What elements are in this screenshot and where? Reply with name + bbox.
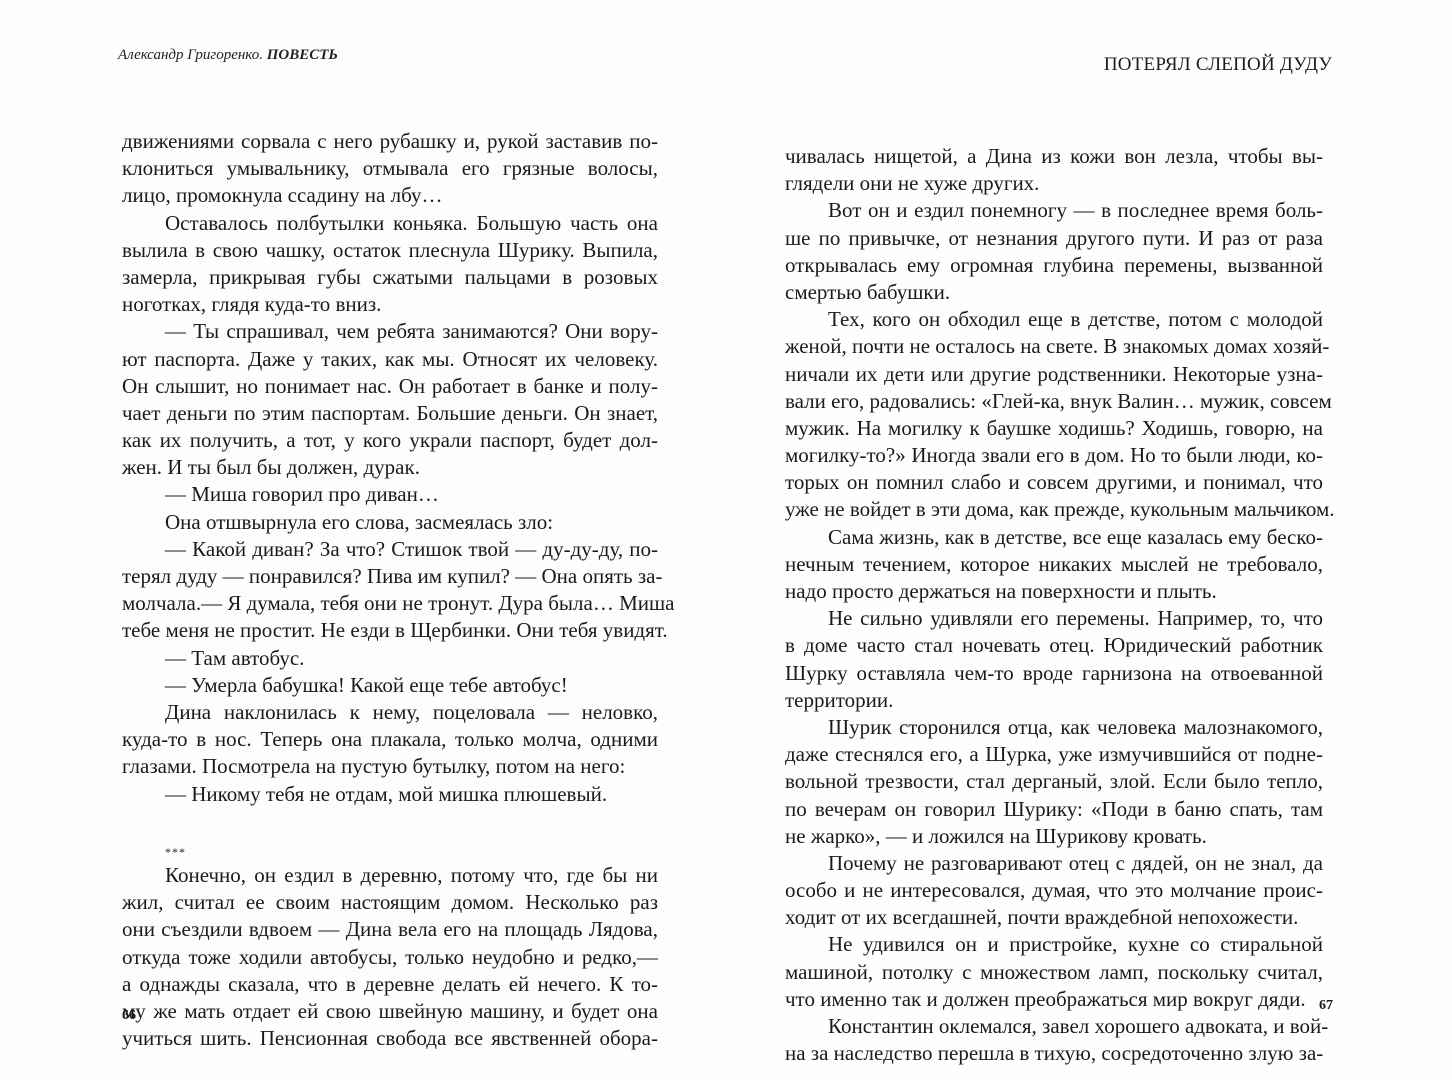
text-line: куда-то в нос. Теперь она плакала, тольк…: [122, 726, 658, 753]
left-page: Александр Григоренко. ПОВЕСТЬ движениями…: [0, 0, 726, 1080]
text-line: на за наследство перешла в тихую, сосред…: [785, 1040, 1323, 1067]
text-line: машиной, потолку с множеством ламп, поск…: [785, 959, 1323, 986]
text-line: — Умерла бабушка! Какой еще тебе автобус…: [122, 672, 658, 699]
running-head-author: Александр Григоренко. ПОВЕСТЬ: [118, 47, 338, 64]
text-line: — Какой диван? За что? Стишок твой — ду-…: [122, 536, 658, 563]
text-line: движениями сорвала с него рубашку и, рук…: [122, 128, 658, 155]
text-line: Шурку оставляла чем-то вроде гарнизона н…: [785, 660, 1323, 687]
text-line: вольной трезвости, стал дерганый, злой. …: [785, 768, 1323, 795]
running-head-title: ПОТЕРЯЛ СЛЕПОЙ ДУДУ: [1104, 54, 1332, 76]
page-number-left: 66: [122, 1008, 136, 1024]
text-line: Не удивился он и пристройке, кухне со ст…: [785, 931, 1323, 958]
text-line: глазами. Посмотрела на пустую бутылку, п…: [122, 753, 658, 780]
text-line: вылила в свою чашку, остаток плеснула Шу…: [122, 237, 658, 264]
text-line: в доме часто стал ночевать отец. Юридиче…: [785, 632, 1323, 659]
text-line: — Миша говорил про диван…: [122, 481, 658, 508]
text-line: учиться шить. Пенсионная свобода все явс…: [122, 1025, 658, 1052]
text-line: терял дуду — понравился? Пива им купил? …: [122, 563, 658, 590]
text-line: а однажды сказала, что в деревне делать …: [122, 971, 658, 998]
text-line: смертью бабушки.: [785, 279, 1323, 306]
text-line: ничали их дети или другие родственники. …: [785, 361, 1323, 388]
text-line: Тех, кого он обходил еще в детстве, пото…: [785, 306, 1323, 333]
text-line: Вот он и ездил понемногу — в последнее в…: [785, 197, 1323, 224]
text-line: откуда тоже ходили автобусы, только неуд…: [122, 944, 658, 971]
right-page-body: чивалась нищетой, а Дина из кожи вон лез…: [785, 143, 1323, 1067]
text-line: ноготках, глядя куда-то вниз.: [122, 291, 658, 318]
blank-line: [122, 808, 658, 835]
section-break: ***: [122, 835, 658, 862]
text-line: ходит от их всегдашней, почти враждебной…: [785, 904, 1323, 931]
text-line: Сама жизнь, как в детстве, все еще казал…: [785, 524, 1323, 551]
section-title: ПОВЕСТЬ: [267, 47, 338, 63]
text-line: ше по привычке, от незнания другого пути…: [785, 225, 1323, 252]
text-line: лицо, промокнула ссадину на лбу…: [122, 182, 658, 209]
text-line: нечным течением, которое никаких мыслей …: [785, 551, 1323, 578]
text-line: уже не войдет в эти дома, как прежде, ку…: [785, 496, 1323, 523]
text-line: что именно так и должен преображаться ми…: [785, 986, 1323, 1013]
text-line: по вечерам он говорил Шурику: «Поди в ба…: [785, 796, 1323, 823]
text-line: — Там автобус.: [122, 645, 658, 672]
page-number-right: 67: [1319, 998, 1333, 1014]
text-line: Почему не разговаривают отец с дядей, он…: [785, 850, 1323, 877]
text-line: Шурик сторонился отца, как человека мало…: [785, 714, 1323, 741]
text-line: Оставалось полбутылки коньяка. Большую ч…: [122, 210, 658, 237]
text-line: молчала.— Я думала, тебя они не тронут. …: [122, 590, 658, 617]
text-line: Он слышит, но понимает нас. Он работает …: [122, 373, 658, 400]
right-page: ПОТЕРЯЛ СЛЕПОЙ ДУДУ чивалась нищетой, а …: [726, 0, 1452, 1080]
text-line: они съездили вдвоем — Дина вела его на п…: [122, 916, 658, 943]
text-line: торых он помнил слабо и совсем другими, …: [785, 469, 1323, 496]
author-name: Александр Григоренко.: [118, 47, 263, 63]
text-line: чает деньги по этим паспортам. Большие д…: [122, 400, 658, 427]
text-line: Она отшвырнула его слова, засмеялась зло…: [122, 509, 658, 536]
text-line: территории.: [785, 687, 1323, 714]
text-line: как их получить, а тот, у кого украли па…: [122, 427, 658, 454]
text-line: чивалась нищетой, а Дина из кожи вон лез…: [785, 143, 1323, 170]
text-line: мужик. На могилку к баушке ходишь? Ходиш…: [785, 415, 1323, 442]
text-line: Не сильно удивляли его перемены. Наприме…: [785, 605, 1323, 632]
text-line: женой, почти не осталось на свете. В зна…: [785, 333, 1323, 360]
text-line: тебе меня не простит. Не езди в Щербинки…: [122, 617, 658, 644]
text-line: му же мать отдает ей свою швейную машину…: [122, 998, 658, 1025]
text-line: ют паспорта. Даже у таких, как мы. Относ…: [122, 346, 658, 373]
text-line: жен. И ты был бы должен, дурак.: [122, 454, 658, 481]
text-line: Дина наклонилась к нему, поцеловала — не…: [122, 699, 658, 726]
text-line: особо и не интересовался, думая, что это…: [785, 877, 1323, 904]
text-line: жил, считал ее своим настоящим домом. Не…: [122, 889, 658, 916]
text-line: глядели они не хуже других.: [785, 170, 1323, 197]
text-line: могилку-то?» Иногда звали его в дом. Но …: [785, 442, 1323, 469]
text-line: — Никому тебя не отдам, мой мишка плюшев…: [122, 781, 658, 808]
text-line: даже стеснялся его, а Шурка, уже измучив…: [785, 741, 1323, 768]
text-line: вали его, радовались: «Глей-ка, внук Вал…: [785, 388, 1323, 415]
text-line: клониться умывальнику, отмывала его гряз…: [122, 155, 658, 182]
text-line: Константин оклемался, завел хорошего адв…: [785, 1013, 1323, 1040]
text-line: не жарко», — и ложился на Шурикову крова…: [785, 823, 1323, 850]
text-line: Конечно, он ездил в деревню, потому что,…: [122, 862, 658, 889]
text-line: — Ты спрашивал, чем ребята занимаются? О…: [122, 318, 658, 345]
text-line: надо просто держаться на поверхности и п…: [785, 578, 1323, 605]
left-page-body: движениями сорвала с него рубашку и, рук…: [122, 128, 658, 1052]
text-line: открывалась ему огромная глубина перемен…: [785, 252, 1323, 279]
text-line: замерла, прикрывая губы сжатыми пальцами…: [122, 264, 658, 291]
